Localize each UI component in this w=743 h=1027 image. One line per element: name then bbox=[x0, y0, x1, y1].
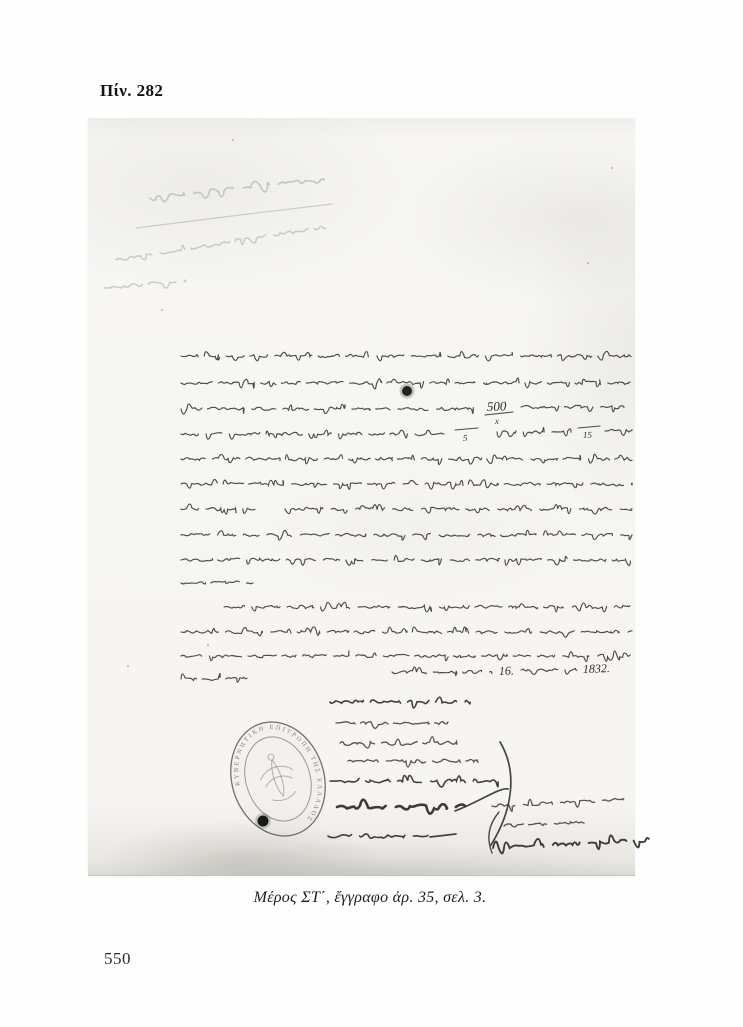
document-scan bbox=[88, 118, 635, 876]
caption: Μέρος ΣΤ΄, ἔγγραφο ἀρ. 35, σελ. 3. bbox=[88, 889, 652, 907]
page-number: 550 bbox=[104, 949, 131, 969]
plate-label: Πίν. 282 bbox=[100, 81, 163, 101]
